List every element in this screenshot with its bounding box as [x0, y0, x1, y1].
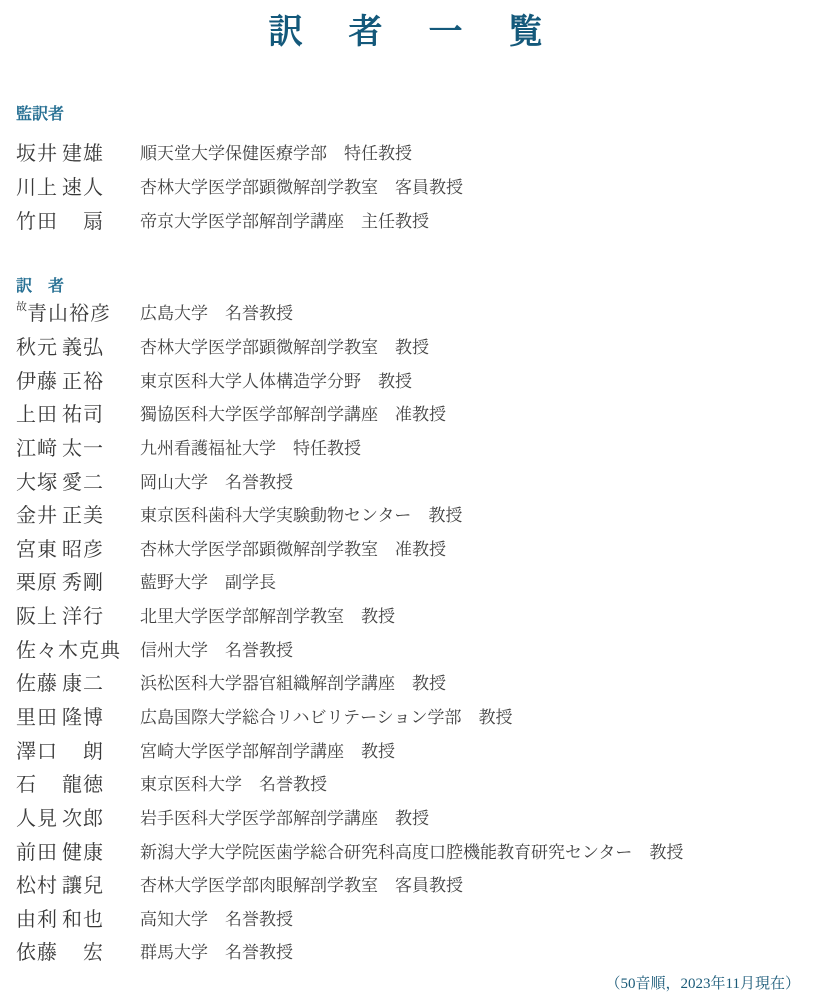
- translator-given-name: 建雄: [62, 137, 104, 166]
- translator-row: 佐藤 康二 浜松医科大学器官組織解剖学講座 教授: [16, 665, 817, 699]
- translator-given-name: 洋行: [62, 600, 104, 629]
- translator-affiliation: 東京医科大学人体構造学分野 教授: [140, 367, 412, 392]
- translator-surname: 坂井: [16, 137, 58, 166]
- translator-affiliation: 広島大学 名誉教授: [140, 299, 293, 324]
- translator-affiliation: 信州大学 名誉教授: [140, 636, 293, 661]
- translator-row: 阪上 洋行 北里大学医学部解剖学教室 教授: [16, 598, 817, 632]
- section-heading-supervising-translators: 監訳者: [16, 101, 64, 124]
- translator-affiliation: 順天堂大学保健医療学部 特任教授: [140, 139, 412, 164]
- translator-row: 故 青山 裕彦 広島大学 名誉教授: [16, 295, 817, 329]
- translator-affiliation: 杏林大学医学部顕微解剖学教室 教授: [140, 333, 429, 358]
- translator-affiliation: 新潟大学大学院医歯学総合研究科高度口腔機能教育研究センター 教授: [140, 838, 683, 863]
- translator-affiliation: 九州看護福祉大学 特任教授: [140, 434, 361, 459]
- translator-name: 前田 健康: [16, 836, 104, 865]
- translator-given-name: 宏: [83, 936, 104, 965]
- translator-name: 金井 正美: [16, 499, 104, 528]
- translator-name: 佐藤 康二: [16, 667, 104, 696]
- translator-row: 栗原 秀剛 藍野大学 副学長: [16, 564, 817, 598]
- translator-surname: 澤口: [16, 735, 58, 764]
- translator-surname: 大塚: [16, 466, 58, 495]
- translator-given-name: 裕彦: [69, 297, 111, 326]
- translator-surname: 依藤: [16, 936, 58, 965]
- sort-order-date-note: （50音順，2023年11月現在）: [606, 972, 800, 993]
- translator-row: 伊藤 正裕 東京医科大学人体構造学分野 教授: [16, 362, 817, 396]
- translator-affiliation: 杏林大学医学部顕微解剖学教室 客員教授: [140, 173, 463, 198]
- translator-given-name: 祐司: [62, 398, 104, 427]
- translator-surname: 伊藤: [16, 365, 58, 394]
- translator-surname: 佐々木克典: [16, 634, 121, 663]
- translator-affiliation: 藍野大学 副学長: [140, 568, 276, 593]
- translator-row: 竹田 扇 帝京大学医学部解剖学講座 主任教授: [16, 202, 817, 236]
- translator-name: 人見 次郎: [16, 802, 104, 831]
- translator-given-name: 康二: [62, 667, 104, 696]
- section-heading-translators: 訳 者: [16, 273, 64, 296]
- translator-affiliation: 岩手医科大学医学部解剖学講座 教授: [140, 804, 429, 829]
- translator-surname: 前田: [16, 836, 58, 865]
- supervising-translators-list: 坂井 建雄 順天堂大学保健医療学部 特任教授 川上 速人 杏林大学医学部顕微解剖…: [16, 135, 817, 236]
- translator-surname: 宮東: [16, 533, 58, 562]
- translator-affiliation: 浜松医科大学器官組織解剖学講座 教授: [140, 669, 446, 694]
- translator-name: 阪上 洋行: [16, 600, 104, 629]
- translator-given-name: 和也: [62, 903, 104, 932]
- translator-name: 依藤 宏: [16, 936, 104, 965]
- translator-surname: 由利: [16, 903, 58, 932]
- translator-given-name: 朗: [83, 735, 104, 764]
- translator-row: 金井 正美 東京医科歯科大学実験動物センター 教授: [16, 497, 817, 531]
- translator-row: 宮東 昭彦 杏林大学医学部顕微解剖学教室 准教授: [16, 530, 817, 564]
- translator-name: 栗原 秀剛: [16, 566, 104, 595]
- translator-row: 坂井 建雄 順天堂大学保健医療学部 特任教授: [16, 135, 817, 169]
- translator-given-name: 龍徳: [62, 768, 104, 797]
- translator-affiliation: 東京医科大学 名誉教授: [140, 770, 327, 795]
- translator-row: 澤口 朗 宮崎大学医学部解剖学講座 教授: [16, 732, 817, 766]
- translator-name: 由利 和也: [16, 903, 104, 932]
- translator-given-name: 愛二: [62, 466, 104, 495]
- translator-given-name: 正裕: [62, 365, 104, 394]
- translator-surname: 竹田: [16, 205, 58, 234]
- translator-affiliation: 宮崎大学医学部解剖学講座 教授: [140, 737, 395, 762]
- translator-row: 由利 和也 高知大学 名誉教授: [16, 901, 817, 935]
- translator-row: 秋元 義弘 杏林大学医学部顕微解剖学教室 教授: [16, 329, 817, 363]
- translator-name: 宮東 昭彦: [16, 533, 104, 562]
- translator-name: 上田 祐司: [16, 398, 104, 427]
- translator-row: 石 龍徳 東京医科大学 名誉教授: [16, 766, 817, 800]
- translator-surname: 川上: [16, 171, 58, 200]
- translator-surname: 青山: [27, 297, 69, 326]
- translator-given-name: 讓兒: [62, 869, 104, 898]
- translator-name: 石 龍徳: [16, 768, 104, 797]
- translator-surname: 松村: [16, 869, 58, 898]
- translator-surname: 秋元: [16, 331, 58, 360]
- translator-name: 伊藤 正裕: [16, 365, 104, 394]
- translator-name: 里田 隆博: [16, 701, 104, 730]
- translator-affiliation: 帝京大学医学部解剖学講座 主任教授: [140, 207, 429, 232]
- translator-surname: 佐藤: [16, 667, 58, 696]
- translator-row: 人見 次郎 岩手医科大学医学部解剖学講座 教授: [16, 800, 817, 834]
- translator-given-name: 隆博: [62, 701, 104, 730]
- translator-surname: 金井: [16, 499, 58, 528]
- translator-name: 秋元 義弘: [16, 331, 104, 360]
- translator-name: 故 青山 裕彦: [16, 297, 104, 326]
- translator-affiliation: 杏林大学医学部顕微解剖学教室 准教授: [140, 535, 446, 560]
- deceased-mark: 故: [16, 298, 27, 314]
- translator-row: 佐々木克典 信州大学 名誉教授: [16, 631, 817, 665]
- translator-row: 大塚 愛二 岡山大学 名誉教授: [16, 463, 817, 497]
- translator-name: 佐々木克典: [16, 634, 104, 663]
- translator-row: 上田 祐司 獨協医科大学医学部解剖学講座 准教授: [16, 396, 817, 430]
- translator-affiliation: 獨協医科大学医学部解剖学講座 准教授: [140, 400, 446, 425]
- translator-given-name: 扇: [83, 205, 104, 234]
- translator-affiliation: 北里大学医学部解剖学教室 教授: [140, 602, 395, 627]
- translator-given-name: 太一: [62, 432, 104, 461]
- translator-name: 竹田 扇: [16, 205, 104, 234]
- translator-given-name: 健康: [62, 836, 104, 865]
- translator-affiliation: 杏林大学医学部肉眼解剖学教室 客員教授: [140, 871, 463, 896]
- translator-given-name: 義弘: [62, 331, 104, 360]
- translator-row: 依藤 宏 群馬大学 名誉教授: [16, 934, 817, 968]
- translator-surname: 江﨑: [16, 432, 58, 461]
- translator-given-name: 次郎: [62, 802, 104, 831]
- translator-given-name: 速人: [62, 171, 104, 200]
- translator-given-name: 昭彦: [62, 533, 104, 562]
- translator-name: 澤口 朗: [16, 735, 104, 764]
- translator-given-name: 秀剛: [62, 566, 104, 595]
- translator-name: 松村 讓兒: [16, 869, 104, 898]
- translator-surname: 人見: [16, 802, 58, 831]
- translator-surname: 里田: [16, 701, 58, 730]
- translator-surname: 上田: [16, 398, 58, 427]
- translator-affiliation: 東京医科歯科大学実験動物センター 教授: [140, 501, 462, 526]
- translator-name: 大塚 愛二: [16, 466, 104, 495]
- translator-name: 江﨑 太一: [16, 432, 104, 461]
- translator-surname: 石: [16, 768, 37, 797]
- translator-affiliation: 岡山大学 名誉教授: [140, 468, 293, 493]
- translator-row: 松村 讓兒 杏林大学医学部肉眼解剖学教室 客員教授: [16, 867, 817, 901]
- translator-row: 里田 隆博 広島国際大学総合リハビリテーション学部 教授: [16, 699, 817, 733]
- translator-row: 江﨑 太一 九州看護福祉大学 特任教授: [16, 430, 817, 464]
- translator-affiliation: 群馬大学 名誉教授: [140, 938, 293, 963]
- translator-row: 川上 速人 杏林大学医学部顕微解剖学教室 客員教授: [16, 169, 817, 203]
- translator-row: 前田 健康 新潟大学大学院医歯学総合研究科高度口腔機能教育研究センター 教授: [16, 833, 817, 867]
- translators-list: 故 青山 裕彦 広島大学 名誉教授 秋元 義弘 杏林大学医学部顕微解剖学教室 教…: [16, 295, 817, 968]
- translator-surname: 阪上: [16, 600, 58, 629]
- page-title: 訳 者 一 覧: [0, 4, 817, 53]
- translator-surname: 栗原: [16, 566, 58, 595]
- translator-affiliation: 高知大学 名誉教授: [140, 905, 293, 930]
- translator-name: 川上 速人: [16, 171, 104, 200]
- translator-name: 坂井 建雄: [16, 137, 104, 166]
- translator-affiliation: 広島国際大学総合リハビリテーション学部 教授: [140, 703, 512, 728]
- translator-given-name: 正美: [62, 499, 104, 528]
